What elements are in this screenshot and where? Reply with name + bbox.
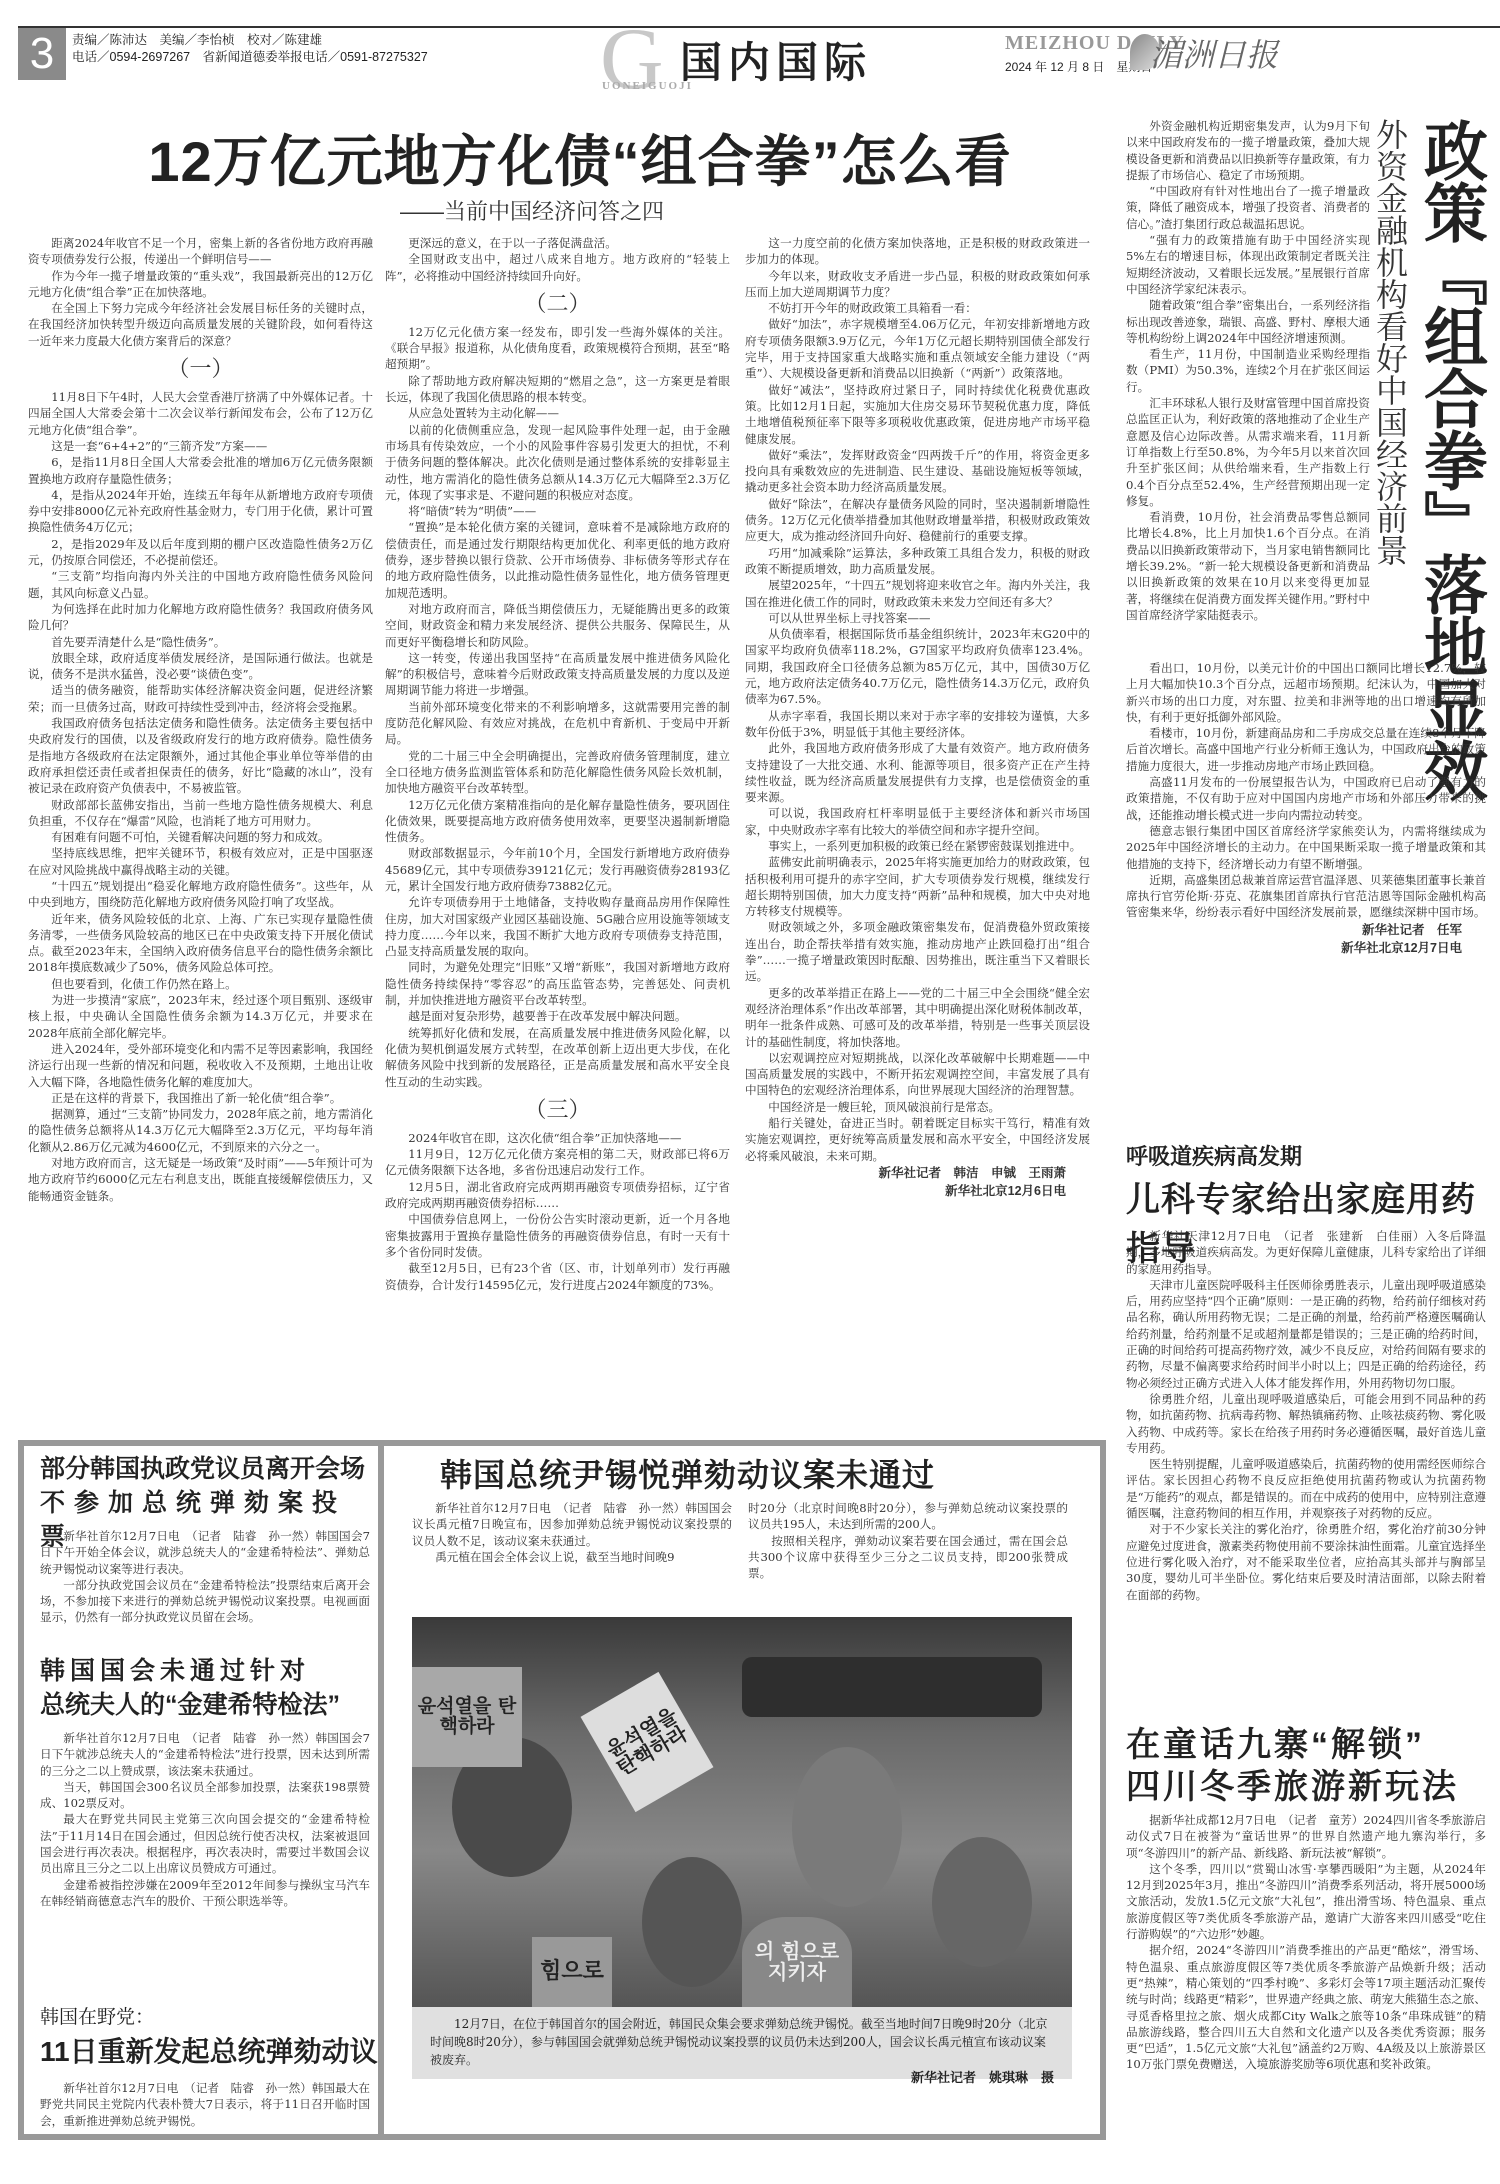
paragraph: 新华社首尔12月7日电 （记者 陆睿 孙一然）韩国国会议长禹元植7日晚宣布，因参…	[412, 1500, 732, 1549]
paragraph: 看楼市，10月份，新建商品房和二手房成交总量在连续8个月下降后首次增长。高盛中国…	[1126, 725, 1486, 774]
korea-main-headline: 韩国总统尹锡悦弹劾动议案未通过	[440, 1450, 935, 1496]
paragraph: 今年以来，财政收支矛盾进一步凸显，积极的财政政策如何承压而上加大逆周期调节力度？	[745, 268, 1090, 301]
header-rule	[18, 26, 1500, 28]
paragraph: 看消费，10月份，社会消费品零售总额同比增长4.8%，比上月加快1.6个百分点。…	[1126, 509, 1370, 623]
paragraph: 11月8日下午4时，人民大会堂香港厅挤满了中外媒体记者。十四届全国人大常委会第十…	[28, 389, 373, 438]
sichuan-headline-line-1: 在童话九寨“解锁”	[1126, 1724, 1459, 1766]
section-heading-3: （三）	[385, 1090, 730, 1130]
caption-text: 12月7日，在位于韩国首尔的国会附近，韩国民众集会要求弹劾总统尹锡悦。截至当地时…	[430, 2015, 1054, 2069]
korea-box-divider	[378, 1440, 384, 2140]
paragraph: 对地方政府而言，这无疑是一场政策“及时雨”——5年预计可为地方政府节约6000亿…	[28, 1155, 373, 1204]
byline-dateline: 新华社北京12月7日电	[1126, 939, 1486, 957]
paragraph: 做好“除法”，在解决存量债务风险的同时，坚决遏制新增隐性债务。12万亿元化债举措…	[745, 496, 1090, 545]
paragraph: 适当的债务融资，能帮助实体经济解决资金问题，促进经济繁荣；而一旦债务过高，财政可…	[28, 682, 373, 715]
paragraph: 可以说，我国政府杠杆率明显低于主要经济体和新兴市场国家，中央财政赤字率有比较大的…	[745, 805, 1090, 838]
paragraph: “十四五”规划提出“稳妥化解地方政府隐性债务”。这些年，从中央到地方，围绕防范化…	[28, 878, 373, 911]
paragraph: 以宏观调控应对短期挑战，以深化改革破解中长期难题——中国高质量发展的实践中，不断…	[745, 1050, 1090, 1099]
paragraph: 财政部数据显示，今年前10个月，全国发行新增地方政府债券45689亿元，其中专项…	[385, 845, 730, 894]
paragraph: 坚持底线思维，把牢关键环节，积极有效应对，正是中国驱逐在应对风险挑战中赢得战略主…	[28, 845, 373, 878]
editor-credits: 责编／陈沛达 美编／李怡桢 校对／陈建雄 电话／0594-2697267 省新闻…	[72, 32, 428, 66]
paragraph: 对地方政府而言，降低当期偿债压力，无疑能腾出更多的政策空间，财政资金和精力来发展…	[385, 601, 730, 650]
lead-column-2: 更深远的意义，在于以一子落促满盘活。 全国财政支出中，超过八成来自地方。地方政府…	[385, 235, 730, 1430]
lead-subheadline: ——当前中国经济问答之四	[400, 195, 664, 226]
paragraph: 徐勇胜介绍，儿童出现呼吸道感染后，可能会用到不同品种的药物，如抗菌药物、抗病毒药…	[1126, 1391, 1486, 1456]
paragraph: 放眼全球，政府适度举债发展经济，是国际通行做法。也就是说，债务不是洪水猛兽，没必…	[28, 650, 373, 683]
section-title: 国内国际	[680, 30, 872, 90]
paragraph: 这是一套“6+4+2”的“三箭齐发”方案——	[28, 438, 373, 454]
crowd-background	[742, 1657, 1042, 1717]
masthead-chinese: 湄洲日报	[1150, 30, 1278, 76]
protest-photo: 윤석열을 탄핵하라 윤석열을 탄핵하라 힘으로 의 힘으로 지키자	[412, 1617, 1072, 2007]
paragraph: 外资金融机构近期密集发声，认为9月下旬以来中国政府发布的一揽子增量政策，叠加大规…	[1126, 118, 1370, 183]
korea-main-body-right: 时20分（北京时间晚8时20分），参与弹劾总统动议案投票的议员共195人，未达到…	[748, 1500, 1068, 1610]
section-heading-2: （二）	[385, 284, 730, 324]
paragraph: 2024年收官在即，这次化债“组合拳”正加快落地——	[385, 1130, 730, 1146]
paragraph: 党的二十届三中全会明确提出，完善政府债务管理制度，建立全口径地方债务监测监管体系…	[385, 748, 730, 797]
paragraph: 船行关键处，奋进正当时。朝着既定目标实干笃行，精准有效实施宏观调控，更好统筹高质…	[745, 1115, 1090, 1164]
headline-line-2: 总统夫人的“金建希特检法”	[40, 1688, 370, 1722]
paragraph: 新华社首尔12月7日电 （记者 陆睿 孙一然）韩国国会7日下午就涉总统夫人的“金…	[40, 1730, 370, 1779]
paragraph: 这一转变，传递出我国坚持“在高质量发展中推进债务风险化解”的积极信号，意味着今后…	[385, 650, 730, 699]
paragraph: 天津市儿童医院呼吸科主任医师徐勇胜表示，儿童出现呼吸道感染后，用药应坚持“四个正…	[1126, 1277, 1486, 1391]
paragraph: 此外，我国地方政府债务形成了大量有效资产。地方政府债务支持建设了一大批交通、水利…	[745, 740, 1090, 805]
paragraph: 新华社首尔12月7日电 （记者 陆睿 孙一然）韩国国会7日下午开始全体会议，就涉…	[40, 1528, 370, 1577]
paragraph: 全国财政支出中，超过八成来自地方。地方政府的“轻装上阵”，必将推动中国经济持续回…	[385, 251, 730, 284]
paragraph: 时20分（北京时间晚8时20分），参与弹劾总统动议案投票的议员共195人，未达到…	[748, 1500, 1068, 1533]
paragraph: 6，是指11月8日全国人大常委会批准的增加6万亿元债务限额置换地方政府存量隐性债…	[28, 454, 373, 487]
paragraph: 最大在野党共同民主党第三次向国会提交的“金建希特检法”于11月14日在国会通过，…	[40, 1811, 370, 1876]
foreign-article-bottom: 看出口，10月份，以美元计价的中国出口额同比增长12.7%，较上月大幅加快10.…	[1126, 660, 1486, 1100]
section-heading-1: （一）	[28, 349, 373, 389]
pediatric-body: 新华社天津12月7日电 （记者 张建新 白佳丽）入冬后降温期，多地呼吸道疾病高发…	[1126, 1228, 1486, 1688]
paragraph: 展望2025年，“十四五”规划将迎来收官之年。海内外关注，我国在推进化债工作的同…	[745, 577, 1090, 610]
paragraph: 事实上，一系列更加积极的政策已经在紧锣密鼓谋划推进中。	[745, 838, 1090, 854]
paragraph: 禹元植在国会全体会议上说，截至当地时间晚9	[412, 1549, 732, 1565]
paragraph: “中国政府有针对性地出台了一揽子增量政策，降低了融资成本，增强了投资者、消费者的…	[1126, 183, 1370, 232]
pediatric-kicker: 呼吸道疾病高发期	[1126, 1140, 1302, 1171]
paragraph: 做好“加法”，赤字规模增至4.06万亿元，年初安排新增地方政府专项债务限额3.9…	[745, 316, 1090, 381]
paragraph: “三支箭”均指向海内外关注的中国地方政府隐性债务风险问题，其风向标意义凸显。	[28, 568, 373, 601]
korea-article-3-body: 新华社首尔12月7日电 （记者 陆睿 孙一然）韩国最大在野党共同民主党院内代表朴…	[40, 2080, 370, 2136]
paragraph: 更深远的意义，在于以一子落促满盘活。	[385, 235, 730, 251]
paragraph: 中国经济是一艘巨轮，顶风破浪前行是常态。	[745, 1099, 1090, 1115]
sichuan-headline: 在童话九寨“解锁” 四川冬季旅游新玩法	[1126, 1724, 1459, 1808]
paragraph: 新华社天津12月7日电 （记者 张建新 白佳丽）入冬后降温期，多地呼吸道疾病高发…	[1126, 1228, 1486, 1277]
headline-line-1: 部分韩国执政党议员离开会场	[40, 1452, 370, 1486]
korea-article-2-body: 新华社首尔12月7日电 （记者 陆睿 孙一然）韩国国会7日下午就涉总统夫人的“金…	[40, 1730, 370, 1990]
paragraph: 当天，韩国国会300名议员全部参加投票，法案获198票赞成、102票反对。	[40, 1779, 370, 1812]
foreign-article-top: 外资金融机构近期密集发声，认为9月下旬以来中国政府发布的一揽子增量政策，叠加大规…	[1126, 118, 1370, 658]
paragraph: 12万亿元化债方案一经发布，即引发一些海外媒体的关注。《联合早报》报道称，从化债…	[385, 324, 730, 373]
paragraph: 巧用“加减乘除”运算法，多种政策工具组合发力，积极的财政政策不断提质增效，助力高…	[745, 545, 1090, 578]
page-number: 3	[18, 28, 66, 80]
korea-article-2-headline: 韩国国会未通过针对 总统夫人的“金建希特检法”	[40, 1654, 370, 1722]
byline-reporters: 新华社记者 韩洁 申铖 王雨萧	[745, 1164, 1090, 1182]
paragraph: 从赤字率看，我国长期以来对于赤字率的安排较为谨慎，大多数年份低于3%，明显低于其…	[745, 708, 1090, 741]
protest-sign: 힘으로	[532, 1937, 612, 2007]
paragraph: 不妨打开今年的财政政策工具箱看一看：	[745, 300, 1090, 316]
paragraph: 做好“减法”，坚持政府过紧日子，同时持续优化税费优惠政策。比如12月1日起，实施…	[745, 382, 1090, 447]
paragraph: 按照相关程序，弹劾动议案若要在国会通过，需在国会总共300个议席中获得至少三分之…	[748, 1533, 1068, 1582]
paragraph: 11月9日，12万亿元化债方案亮相的第二天，财政部已将6万亿元债务限额下达各地，…	[385, 1146, 730, 1179]
paragraph: 作为今年一揽子增量政策的“重头戏”，我国最新亮出的12万亿元地方化债“组合拳”正…	[28, 268, 373, 301]
paragraph: 中国债券信息网上，一份份公告实时滚动更新，近一个月各地密集披露用于置换存量隐性债…	[385, 1211, 730, 1260]
paragraph: 对于不少家长关注的雾化治疗，徐勇胜介绍，雾化治疗前30分钟应避免过度进食，激素类…	[1126, 1521, 1486, 1602]
lead-column-3: 这一力度空前的化债方案加快落地，正是积极的财政政策进一步加力的体现。 今年以来，…	[745, 235, 1090, 1430]
paragraph: 首先要弄清楚什么是“隐性债务”。	[28, 634, 373, 650]
section-pinyin: UONEIGUOJI	[602, 80, 693, 92]
paragraph: 4，是指从2024年开始，连续五年每年从新增地方政府专项债券中安排8000亿元补…	[28, 487, 373, 536]
paragraph: 为何选择在此时加力化解地方政府隐性债务？我国政府债务风险几何？	[28, 601, 373, 634]
credits-line-1: 责编／陈沛达 美编／李怡桢 校对／陈建雄	[72, 32, 428, 49]
headline-line-1: 韩国国会未通过针对	[40, 1654, 370, 1688]
paragraph: 我国政府债务包括法定债务和隐性债务。法定债务主要包括中央政府发行的国债，以及省级…	[28, 715, 373, 796]
paragraph: 金建希被指控涉嫌在2009年至2012年间参与操纵宝马汽车在韩经销商德意志汽车的…	[40, 1877, 370, 1910]
paragraph: 汇丰环球私人银行及财富管理中国首席投资总监匡正认为，利好政策的落地推动了企业生产…	[1126, 395, 1370, 509]
crowd-figure	[642, 1857, 742, 1987]
paragraph: 同时，为避免处理完“旧账”又增“新账”，我国对新增地方政府隐性债务持续保持“零容…	[385, 959, 730, 1008]
paragraph: “置换”是本轮化债方案的关键词，意味着不是减除地方政府的偿债责任，而是通过发行期…	[385, 519, 730, 600]
paragraph: 可以从世界坐标上寻找答案——	[745, 610, 1090, 626]
paragraph: 2，是指2029年及以后年度到期的棚户区改造隐性债务2万亿元，仍按原合同偿还，不…	[28, 536, 373, 569]
paragraph: 高盛11月发布的一份展望报告认为，中国政府已启动了强有力的政策措施，不仅有助于应…	[1126, 774, 1486, 823]
paragraph: 这个冬季，四川以“赏蜀山冰雪·享攀西暖阳”为主题，从2024年12月到2025年…	[1126, 1861, 1486, 1942]
paragraph: 越是面对复杂形势，越要善于在改革发展中解决问题。	[385, 1008, 730, 1024]
korea-article-3-kicker: 韩国在野党：	[40, 2002, 154, 2029]
lead-column-1: 距离2024年收官不足一个月，密集上新的各省份地方政府再融资专项债券发行公报，传…	[28, 235, 373, 1430]
paragraph: 更多的改革举措正在路上——党的二十届三中全会围绕“健全宏观经济治理体系”作出改革…	[745, 985, 1090, 1050]
paragraph: 截至12月5日，已有23个省（区、市，计划单列市）发行再融资债券，合计发行145…	[385, 1260, 730, 1293]
paragraph: 新华社首尔12月7日电 （记者 陆睿 孙一然）韩国最大在野党共同民主党院内代表朴…	[40, 2080, 370, 2129]
protest-sign: 윤석열을 탄핵하라	[412, 1667, 522, 1767]
paragraph: 允许专项债券用于土地储备，支持收购存量商品房用作保障性住房，加大对国家级产业园区…	[385, 894, 730, 959]
paragraph: 进入2024年，受外部环境变化和内需不足等因素影响，我国经济运行出现一些新的情况…	[28, 1041, 373, 1090]
paragraph: 医生特别提醒，儿童呼吸道感染后，抗菌药物的使用需经医师综合评估。家长因担心药物不…	[1126, 1456, 1486, 1521]
paragraph: 在全国上下努力完成今年经济社会发展目标任务的关键时点，在我国经济加快转型升级迈向…	[28, 300, 373, 349]
paragraph: 看出口，10月份，以美元计价的中国出口额同比增长12.7%，较上月大幅加快10.…	[1126, 660, 1486, 725]
protest-sign: 윤석열을 탄핵하라	[581, 1672, 714, 1812]
paragraph: 做好“乘法”，发挥财政资金“四两拨千斤”的作用，将资金更多投向具有乘数效应的先进…	[745, 447, 1090, 496]
paragraph: 随着政策“组合拳”密集出台，一系列经济指标出现改善迹象，瑞银、高盛、野村、摩根大…	[1126, 297, 1370, 346]
paragraph: 看生产，11月份，中国制造业采购经理指数（PMI）为50.3%，连续2个月在扩张…	[1126, 346, 1370, 395]
paragraph: 当前外部环境变化带来的不利影响增多，这就需要用完善的制度防范化解风险、有效应对挑…	[385, 699, 730, 748]
paragraph: 近期，高盛集团总裁兼首席运营官温泽恩、贝莱德集团董事长兼首席执行官劳伦斯·芬克、…	[1126, 872, 1486, 921]
crowd-figure	[932, 1837, 1032, 1967]
paragraph: “强有力的政策措施有助于中国经济实现5%左右的增速目标，体现出政策制定者既关注短…	[1126, 232, 1370, 297]
protest-sign: 의 힘으로 지키자	[742, 1917, 852, 2007]
paragraph: 财政部部长蓝佛安指出，当前一些地方隐性债务规模大、利息负担重，不仅存在“爆雷”风…	[28, 797, 373, 830]
paragraph: 据新华社成都12月7日电 （记者 童芳）2024四川省冬季旅游启动仪式7日在被誉…	[1126, 1812, 1486, 1861]
credits-line-2: 电话／0594-2697267 省新闻道德委举报电话／0591-87275327	[72, 49, 428, 66]
paragraph: 据介绍，2024“冬游四川”消费季推出的产品更“酷炫”，滑雪场、特色温泉、重点旅…	[1126, 1942, 1486, 2072]
korea-article-1-body: 新华社首尔12月7日电 （记者 陆睿 孙一然）韩国国会7日下午开始全体会议，就涉…	[40, 1528, 370, 1628]
korea-main-body-left: 新华社首尔12月7日电 （记者 陆睿 孙一然）韩国国会议长禹元植7日晚宣布，因参…	[412, 1500, 732, 1610]
paragraph: 为进一步摸清“家底”，2023年末，经过逐个项目甄别、逐级审核上报，中央确认全国…	[28, 992, 373, 1041]
korea-article-3-headline: 11日重新发起总统弹劾动议	[40, 2030, 378, 2070]
paragraph: 距离2024年收官不足一个月，密集上新的各省份地方政府再融资专项债券发行公报，传…	[28, 235, 373, 268]
lead-headline: 12万亿元地方化债“组合拳”怎么看	[60, 118, 1100, 198]
paragraph: 财政领域之外，多项金融政策密集发布，促消费稳外贸政策接连出台，助企帮扶举措有效实…	[745, 919, 1090, 984]
paragraph: 蓝佛安此前明确表示，2025年将实施更加给力的财政政策，包括积极利用可提升的赤字…	[745, 854, 1090, 919]
paragraph: 以前的化债侧重应急，发现一起风险事件处理一起，由于金融市场具有传染效应，一个小的…	[385, 422, 730, 503]
paragraph: 一部分执政党国会议员在“金建希特检法”投票结束后离开会场，不参加接下来进行的弹劾…	[40, 1577, 370, 1626]
korea-box-top-rule	[18, 1440, 1106, 1446]
paragraph: 12月5日，湖北省政府完成两期再融资专项债券招标，辽宁省政府完成两期再融资债券招…	[385, 1179, 730, 1212]
paragraph: 12万亿元化债方案精准指向的是化解存量隐性债务，要巩固住化债效果，既要提高地方政…	[385, 797, 730, 846]
sichuan-body: 据新华社成都12月7日电 （记者 童芳）2024四川省冬季旅游启动仪式7日在被誉…	[1126, 1812, 1486, 2177]
paragraph: 统筹抓好化债和发展，在高质量发展中推进债务风险化解，以化债为契机倒逼发展方式转型…	[385, 1025, 730, 1090]
photo-caption: 12月7日，在位于韩国首尔的国会附近，韩国民众集会要求弹劾总统尹锡悦。截至当地时…	[412, 2007, 1072, 2079]
paragraph: 从应急处置转为主动化解——	[385, 405, 730, 421]
byline-reporter: 新华社记者 任军	[1126, 921, 1486, 939]
sichuan-headline-line-2: 四川冬季旅游新玩法	[1126, 1766, 1459, 1808]
byline-dateline: 新华社北京12月6日电	[745, 1182, 1090, 1200]
paragraph: 除了帮助地方政府解决短期的“燃眉之急”，这一方案更是着眼长远，体现了我国化债思路…	[385, 373, 730, 406]
paragraph: 将“暗债”转为“明债”——	[385, 503, 730, 519]
paragraph: 有困难有问题不可怕，关键看解决问题的努力和成效。	[28, 829, 373, 845]
paragraph: 近年来，债务风险较低的北京、上海、广东已实现存量隐性债务清零，一些债务风险较高的…	[28, 911, 373, 976]
paragraph: 正是在这样的背景下，我国推出了新一轮化债“组合拳”。	[28, 1090, 373, 1106]
paragraph: 这一力度空前的化债方案加快落地，正是积极的财政政策进一步加力的体现。	[745, 235, 1090, 268]
paragraph: 从负债率看，根据国际货币基金组织统计，2023年末G20中的国家平均政府负债率1…	[745, 626, 1090, 707]
crowd-figure	[792, 1747, 902, 1907]
paragraph: 但也要看到，化债工作仍然在路上。	[28, 976, 373, 992]
foreign-article-subheadline: 外资金融机构看好中国经济前景	[1370, 118, 1410, 566]
paragraph: 德意志银行集团中国区首席经济学家熊奕认为，内需将继续成为2025年中国经济增长的…	[1126, 823, 1486, 872]
paragraph: 据测算，通过“三支箭”协同发力，2028年底之前，地方需消化的隐性债务总额将从1…	[28, 1106, 373, 1155]
photo-credit: 新华社记者 姚琪琳 摄	[911, 2069, 1054, 2087]
